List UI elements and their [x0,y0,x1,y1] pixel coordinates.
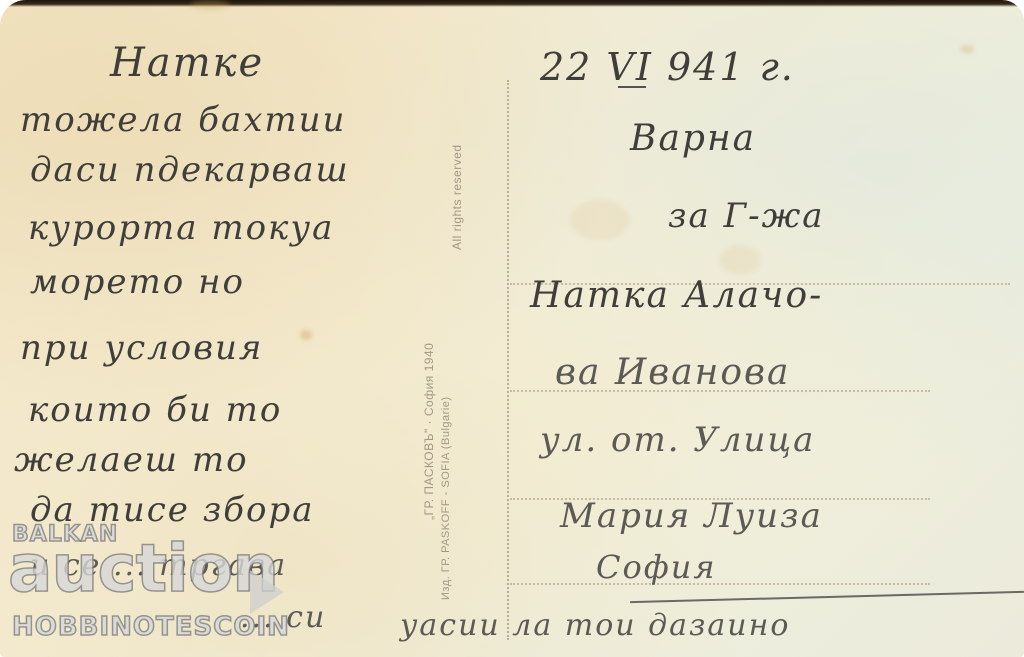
for-label: за Г-жа [668,196,825,236]
vertical-divider-line [507,80,509,640]
age-stain [300,330,312,340]
city-text: Варна [630,118,756,159]
postcard-back: All rights reserved „ГР. ПАСКОВЪ" · Софи… [0,0,1024,657]
age-stain [960,45,974,53]
publisher-imprint-line2: Изд. ГР. PASKOFF - SOFIA (Bulgarie) [440,396,452,600]
message-salutation: Натке [110,40,264,86]
message-line: тожела бахтии [20,100,346,140]
recipient-name-line1: Натка Алачо- [530,275,823,316]
street-line2: Мария Луиза [560,496,823,536]
watermark-hobbinotescoin: HOBBINOTESCOIN [12,612,290,642]
card-top-edge [0,0,1024,7]
city-underline [630,591,1024,603]
watermark-auction: auction [8,530,278,607]
age-stain [570,200,630,240]
publisher-imprint-line3: All rights reserved [450,144,464,250]
street-line: ул. от. Улица [540,420,815,460]
message-line: които би то [28,390,282,430]
age-stain [190,0,230,10]
message-line: морето но [30,262,245,302]
message-line: уасии ла тои дазаино [400,608,790,643]
publisher-imprint-line1: „ГР. ПАСКОВЪ" · София 1940 [422,343,436,520]
message-line: курорта токуа [28,208,334,248]
watermark-play-icon [250,570,284,614]
message-line: при условия [20,328,263,368]
recipient-name-line2: ва Иванова [555,352,790,393]
city-line: София [596,548,717,586]
message-line: даси пдекарваш [30,150,350,190]
age-stain [720,245,760,275]
date-month-underline [618,86,646,88]
message-line: желаеш то [14,440,249,480]
address-line [510,583,930,585]
date-text: 22 VI 941 г. [540,45,795,89]
